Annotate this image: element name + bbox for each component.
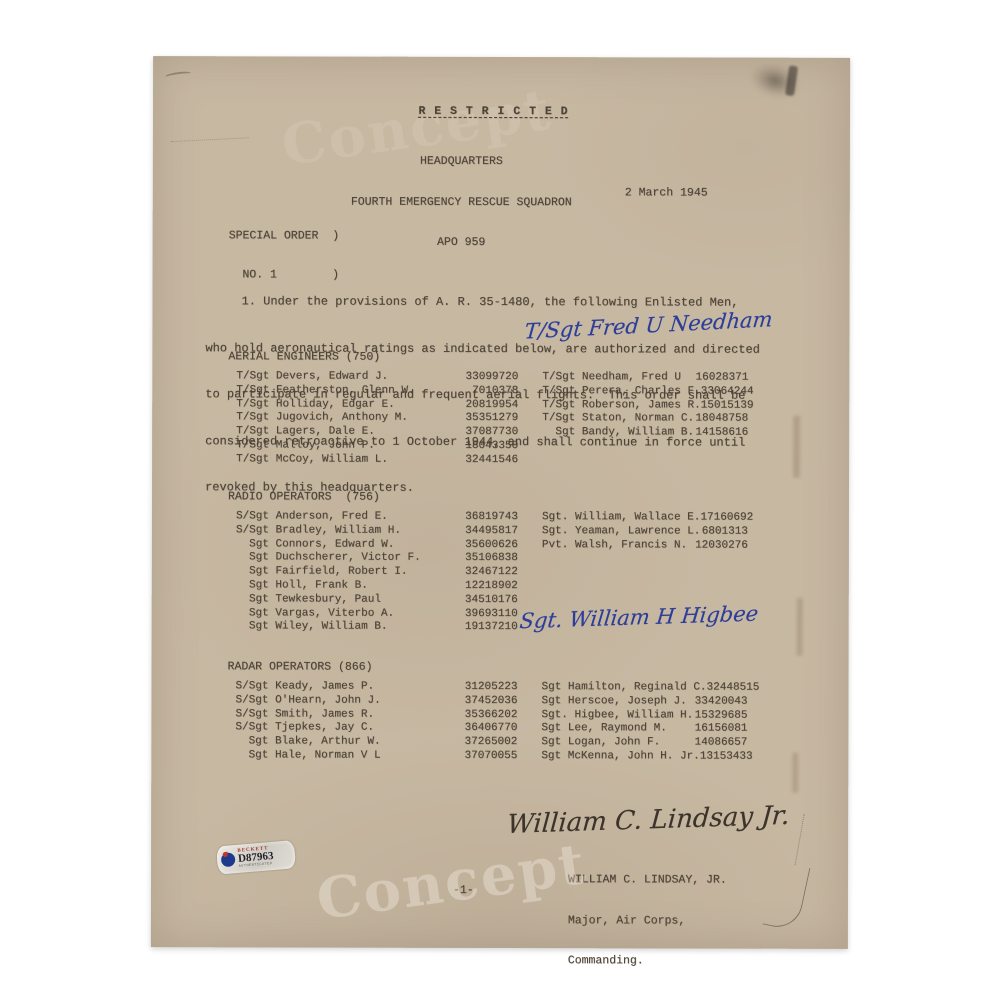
service-number: 14086657: [695, 737, 748, 751]
service-number: 37452036: [465, 695, 518, 709]
service-number: 16028371: [695, 372, 748, 386]
roster-row: T/Sgt Roberson, James R.15015139: [542, 399, 748, 413]
service-member-name: Sgt Blake, Arthur W.: [235, 735, 380, 749]
service-member-name: Sgt Tewkesbury, Paul: [236, 593, 381, 607]
service-number: 14158616: [695, 427, 748, 441]
service-member-name: Sgt Fairfield, Robert I.: [236, 565, 408, 579]
document-page: Concept R E S T R I C T E D HEADQUARTERS…: [151, 56, 850, 949]
page-number: -1-: [453, 884, 474, 897]
service-number: 34495817: [465, 525, 518, 539]
service-member-name: T/Sgt Staton, Norman C.: [542, 412, 694, 426]
service-number: 33064244: [701, 385, 754, 399]
service-member-name: S/Sgt Bradley, William H.: [236, 524, 401, 538]
roster-row: S/Sgt Anderson, Fred E.36819743: [236, 510, 518, 525]
service-member-name: Sgt Holl, Frank B.: [236, 579, 368, 593]
service-number: 35351279: [465, 412, 518, 426]
service-number: 16156081: [695, 723, 748, 737]
roster-row: Sgt Duchscherer, Victor F.35106838: [236, 552, 518, 567]
roster-row: Sgt. William, Wallace E.17160692: [542, 511, 748, 525]
service-member-name: Sgt. Yeaman, Lawrence L.: [542, 525, 700, 539]
service-number: 33420043: [695, 695, 748, 709]
service-number: 17160692: [700, 512, 753, 526]
stain-right-edge-2: [797, 598, 803, 656]
body-line: 1. Under the provisions of A. R. 35-1480…: [206, 294, 761, 311]
roster-row: T/Sgt McCoy, William L.32441546: [236, 453, 518, 468]
roster-row: Sgt. Higbee, William H.15329685: [541, 709, 747, 723]
commander-role: Commanding.: [568, 954, 727, 968]
section-title: RADAR OPERATORS (866): [228, 660, 373, 673]
beckett-sticker-text: BECKETT D87963 AUTHENTICATED: [237, 846, 274, 869]
service-number: 32441546: [465, 454, 518, 468]
roster-row: Sgt Hamilton, Reginald C.32448515: [541, 681, 747, 695]
service-member-name: T/Sgt Featherston, Glenn W.: [236, 384, 414, 398]
roster-row: S/Sgt Tjepkes, Jay C.36406770: [235, 722, 517, 737]
roster-row: Sgt Holl, Frank B.12218902: [236, 579, 518, 594]
roster-row: Pvt. Walsh, Francis N.12030276: [542, 539, 748, 553]
service-number: 13153433: [700, 751, 753, 765]
service-member-name: T/Sgt McCoy, William L.: [236, 453, 388, 467]
service-member-name: Sgt Vargas, Viterbo A.: [236, 607, 394, 621]
service-number: 37087730: [465, 426, 518, 440]
roster-column-right: Sgt. William, Wallace E.17160692Sgt. Yea…: [542, 511, 748, 553]
stain-right-edge-1: [793, 416, 800, 478]
roster-row: Sgt. Yeaman, Lawrence L.6801313: [542, 525, 748, 539]
beckett-logo-icon: [221, 852, 236, 867]
service-member-name: T/Sgt Perera, Charles F.: [542, 385, 700, 399]
service-number: 34510176: [465, 594, 518, 608]
document-date: 2 March 1945: [625, 186, 708, 199]
service-member-name: S/Sgt Smith, James R.: [235, 708, 374, 722]
service-member-name: T/Sgt Malloy, John P.: [236, 439, 375, 453]
roster-row: T/Sgt Devers, Edward J.33099720: [236, 370, 518, 385]
commander-title: Major, Air Corps,: [568, 914, 727, 928]
service-number: 7010378: [472, 385, 518, 399]
roster-row: S/Sgt Bradley, William H.34495817: [236, 524, 518, 539]
roster-section-radar-operators: RADAR OPERATORS (866) S/Sgt Keady, James…: [152, 660, 849, 662]
ink-smudge-top-right: [746, 58, 805, 104]
service-member-name: Sgt Duchscherer, Victor F.: [236, 552, 421, 566]
service-member-name: Sgt McKenna, John H. Jr.: [541, 750, 699, 764]
service-number: 18048758: [695, 413, 748, 427]
roster-row: Sgt Tewkesbury, Paul34510176: [236, 593, 518, 608]
service-member-name: Pvt. Walsh, Francis N.: [542, 539, 687, 553]
roster-row: T/Sgt Jugovich, Anthony M.35351279: [236, 412, 518, 427]
photo-background: Concept R E S T R I C T E D HEADQUARTERS…: [0, 0, 1000, 1000]
section-title: RADIO OPERATORS (756): [228, 490, 380, 503]
service-member-name: S/Sgt Tjepkes, Jay C.: [235, 722, 374, 736]
pencil-mark-top-left: [165, 70, 192, 79]
service-number: 36819743: [465, 511, 518, 525]
service-member-name: S/Sgt Anderson, Fred E.: [236, 510, 388, 524]
roster-column-left: S/Sgt Keady, James P.31205223S/Sgt O'Hea…: [235, 680, 517, 764]
roster-row: T/Sgt Perera, Charles F.33064244: [542, 385, 748, 399]
headquarters-line: HEADQUARTERS: [113, 154, 810, 169]
signature-typed-block: WILLIAM C. LINDSAY, JR. Major, Air Corps…: [568, 846, 727, 995]
stain-right-edge-3: [792, 753, 798, 793]
service-member-name: Sgt Herscoe, Joseph J.: [541, 695, 686, 709]
service-number: 20819954: [465, 399, 518, 413]
service-number: 33099720: [465, 371, 518, 385]
roster-row: Sgt Herscoe, Joseph J.33420043: [541, 695, 747, 709]
service-number: 32448515: [707, 682, 760, 696]
service-member-name: Sgt Bandy, William B.: [542, 426, 694, 440]
roster-column-left: T/Sgt Devers, Edward J.33099720T/Sgt Fea…: [236, 370, 518, 467]
service-member-name: S/Sgt Keady, James P.: [235, 680, 374, 694]
service-member-name: Sgt. William, Wallace E.: [542, 511, 700, 525]
service-number: 37070055: [465, 750, 518, 764]
beckett-authentication-sticker: BECKETT D87963 AUTHENTICATED: [216, 840, 296, 874]
service-member-name: Sgt. Higbee, William H.: [541, 709, 693, 723]
service-number: 37265002: [465, 736, 518, 750]
roster-column-right: Sgt Hamilton, Reginald C.32448515Sgt Her…: [541, 681, 747, 764]
service-number: 15015139: [701, 399, 754, 413]
service-member-name: T/Sgt Jugovich, Anthony M.: [236, 412, 408, 426]
commander-name: WILLIAM C. LINDSAY, JR.: [568, 873, 727, 887]
roster-row: Sgt Vargas, Viterbo A.39693110: [236, 607, 518, 622]
special-order-line1: SPECIAL ORDER ): [229, 229, 339, 242]
photo-watermark: Concept: [313, 831, 591, 933]
service-member-name: Sgt Hamilton, Reginald C.: [541, 681, 706, 695]
service-number: 19137210: [465, 621, 518, 635]
service-member-name: T/Sgt Roberson, James R.: [542, 399, 700, 413]
roster-row: T/Sgt Holliday, Edgar E.20819954: [236, 398, 518, 413]
service-number: 35600626: [465, 539, 518, 553]
service-member-name: T/Sgt Holliday, Edgar E.: [236, 398, 394, 412]
service-member-name: T/Sgt Lagers, Dale E.: [236, 425, 375, 439]
service-number: 35106838: [465, 552, 518, 566]
roster-row: S/Sgt Smith, James R.35366202: [235, 708, 517, 723]
section-title: AERIAL ENGINEERS (750): [228, 350, 380, 363]
service-member-name: Sgt Connors, Edward W.: [236, 538, 394, 552]
service-number: 18043350: [465, 440, 518, 454]
roster-row: Sgt Fairfield, Robert I.32467122: [236, 565, 518, 580]
service-member-name: S/Sgt O'Hearn, John J.: [235, 694, 380, 708]
roster-row: Sgt Wiley, William B.19137210: [236, 621, 518, 636]
roster-row: Sgt Lee, Raymond M.16156081: [541, 722, 747, 736]
roster-row: Sgt Blake, Arthur W.37265002: [235, 735, 517, 750]
roster-row: T/Sgt Lagers, Dale E.37087730: [236, 425, 518, 440]
service-member-name: T/Sgt Needham, Fred U: [542, 371, 681, 385]
service-number: 35366202: [465, 709, 518, 723]
roster-row: S/Sgt Keady, James P.31205223: [235, 680, 517, 695]
service-member-name: Sgt Logan, John F.: [541, 736, 660, 750]
roster-row: Sgt Bandy, William B.14158616: [542, 426, 748, 440]
service-member-name: Sgt Wiley, William B.: [236, 621, 388, 635]
headquarters-block: HEADQUARTERS FOURTH EMERGENCY RESCUE SQU…: [113, 127, 810, 277]
service-number: 39693110: [465, 607, 518, 621]
service-number: 12218902: [465, 580, 518, 594]
apo-line: APO 959: [113, 235, 810, 250]
service-number: 31205223: [465, 681, 518, 695]
roster-row: Sgt McKenna, John H. Jr.13153433: [541, 750, 747, 764]
pencil-dots-bottom-right: [795, 814, 807, 866]
service-number: 6801313: [702, 525, 748, 539]
classification-banner: R E S T R I C T E D: [418, 105, 568, 118]
roster-row: T/Sgt Featherston, Glenn W.7010378: [236, 384, 518, 399]
service-member-name: Sgt Lee, Raymond M.: [541, 722, 666, 736]
roster-row: Sgt Logan, John F.14086657: [541, 736, 747, 750]
lindsay-signature: William C. Lindsay Jr.: [506, 801, 791, 840]
ink-streak-top-right: [785, 65, 798, 96]
roster-row: T/Sgt Staton, Norman C.18048758: [542, 412, 748, 426]
service-member-name: T/Sgt Devers, Edward J.: [236, 370, 388, 384]
roster-row: T/Sgt Needham, Fred U16028371: [542, 371, 748, 385]
service-number: 12030276: [695, 539, 748, 553]
service-number: 15329685: [695, 709, 748, 723]
roster-row: T/Sgt Malloy, John P.18043350: [236, 439, 518, 454]
pencil-hook-bottom-right: [763, 861, 811, 932]
roster-column-right: T/Sgt Needham, Fred U16028371T/Sgt Perer…: [542, 371, 748, 441]
roster-row: S/Sgt O'Hearn, John J.37452036: [235, 694, 517, 709]
service-number: 36406770: [465, 722, 518, 736]
higbee-signature: Sgt. William H Higbee: [518, 601, 759, 633]
roster-column-left: S/Sgt Anderson, Fred E.36819743S/Sgt Bra…: [236, 510, 518, 635]
roster-row: Sgt Connors, Edward W.35600626: [236, 538, 518, 553]
service-member-name: Sgt Hale, Norman V L: [235, 749, 380, 763]
service-number: 32467122: [465, 566, 518, 580]
roster-row: Sgt Hale, Norman V L37070055: [235, 749, 517, 764]
